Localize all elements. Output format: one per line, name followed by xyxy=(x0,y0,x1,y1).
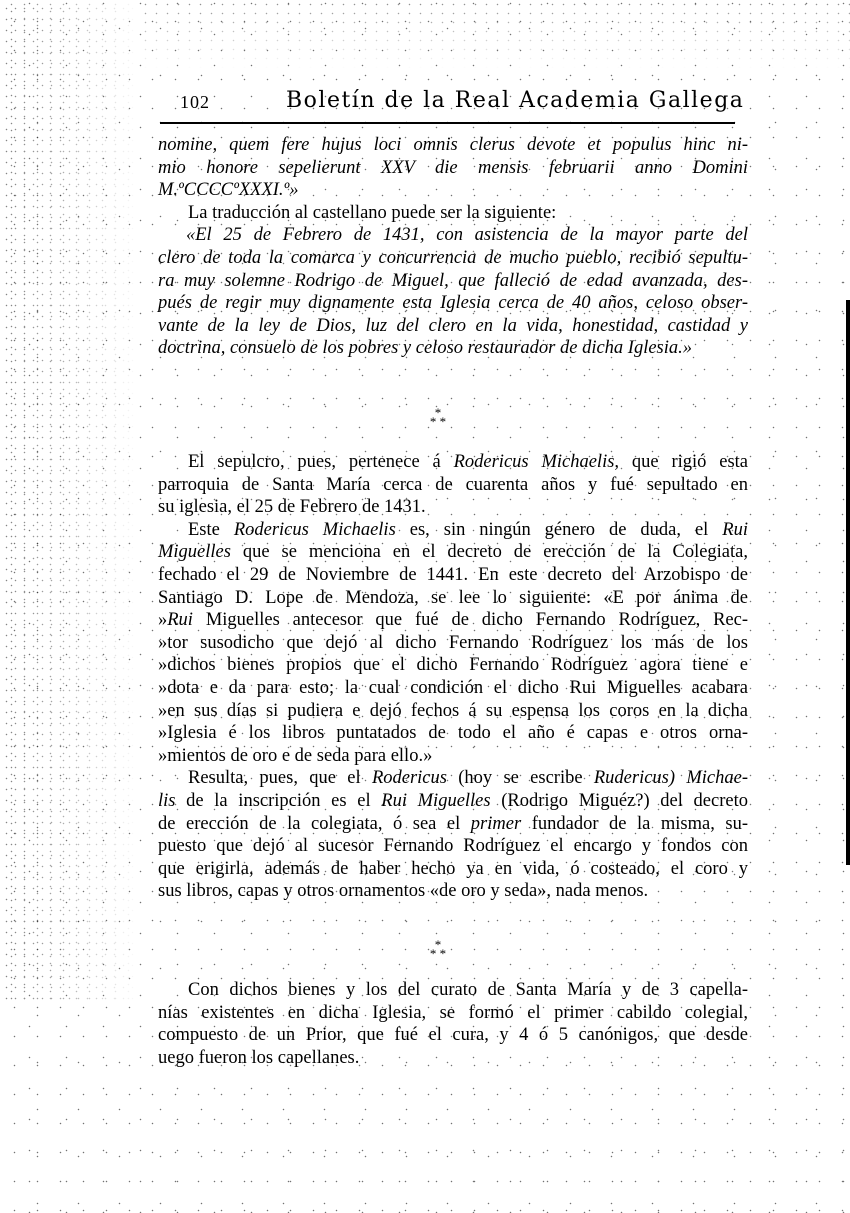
text-run: Resulta, pues, que el xyxy=(188,768,372,788)
text-line: ra muy solemne Rodrigo de Miguel, que fa… xyxy=(158,270,748,293)
asterism-divider: * * * xyxy=(418,940,458,958)
text-run: de erección de la colegiata, ó sea el xyxy=(158,814,471,834)
text-run: »mientos de oro e de seda para ello.» xyxy=(158,746,432,766)
text-line: »tor susodicho que dejó al dicho Fernand… xyxy=(158,632,748,655)
text-line: compuesto de un Prior, que fué el cura, … xyxy=(158,1024,748,1047)
text-line: »mientos de oro e de seda para ello.» xyxy=(158,745,748,768)
text-line: »en sus días si pudiera e dejó fechos á … xyxy=(158,700,748,723)
text-line: M.ºCCCCºXXXI.º» xyxy=(158,179,748,202)
asterism-bottom: * * xyxy=(418,417,458,426)
italic-run: Rui Miguelles xyxy=(381,791,490,811)
text-line: Este Rodericus Michaelis es, sin ningún … xyxy=(158,519,748,542)
asterism-bottom: * * xyxy=(418,949,458,958)
text-run: fechado el 29 de Noviembre de 1441. En e… xyxy=(158,565,748,585)
italic-run: lis xyxy=(158,791,175,811)
latin-quote: nomine, quem fere hujus loci omnis cleru… xyxy=(158,134,748,202)
text-run: » xyxy=(158,610,167,630)
paragraph: Este Rodericus Michaelis es, sin ningún … xyxy=(158,519,748,768)
text-line: puesto que dejó al sucesor Fernando Rodr… xyxy=(158,835,748,858)
page-body: nomine, quem fere hujus loci omnis cleru… xyxy=(158,134,748,360)
italic-run: Rodericus xyxy=(372,768,447,788)
text-run: que erigirla, además de haber hecho ya e… xyxy=(158,859,748,879)
text-line: doctrina, consuelo de los pobres y celos… xyxy=(158,337,748,360)
italic-run: Rudericus) Michae- xyxy=(594,768,748,788)
text-line: vante de la ley de Dios, luz del clero e… xyxy=(158,315,748,338)
text-line: »Iglesia é los libros puntatados de todo… xyxy=(158,722,748,745)
text-run: su iglesia, el 25 de Febrero de 1431. xyxy=(158,497,426,517)
translation-quote: «El 25 de Febrero de 1431, con asistenci… xyxy=(158,224,748,360)
text-run: »dichos bienes propios que el dicho Fern… xyxy=(158,655,748,675)
header-rule xyxy=(160,122,735,124)
text-line: »dota e da para esto; la cual condición … xyxy=(158,677,748,700)
text-run: El sepulcro, pues, pertenece á xyxy=(188,452,454,472)
text-line: nías existentes en dicha Iglesia, se for… xyxy=(158,1002,748,1025)
text-line: Resulta, pues, que el Rodericus (hoy se … xyxy=(158,767,748,790)
text-line: Con dichos bienes y los del curato de Sa… xyxy=(158,979,748,1002)
text-line: que erigirla, además de haber hecho ya e… xyxy=(158,858,748,881)
text-run: (hoy se escribe xyxy=(447,768,594,788)
text-line: uego fueron los capellanes. xyxy=(158,1047,748,1070)
text-line: fechado el 29 de Noviembre de 1441. En e… xyxy=(158,564,748,587)
text-line: clero de toda la comarca y concurrencia … xyxy=(158,247,748,270)
text-run: Este xyxy=(188,520,234,540)
paragraph: Resulta, pues, que el Rodericus (hoy se … xyxy=(158,767,748,903)
text-line: Miguelles que se menciona en el decreto … xyxy=(158,541,748,564)
text-run: es, sin ningún género de duda, el xyxy=(396,520,723,540)
text-line: de erección de la colegiata, ó sea el pr… xyxy=(158,813,748,836)
text-line: pués de regir muy dignamente esta Iglesi… xyxy=(158,292,748,315)
paragraph: El sepulcro, pues, pertenece á Rodericus… xyxy=(158,451,748,519)
text-line: El sepulcro, pues, pertenece á Rodericus… xyxy=(158,451,748,474)
text-line: Santiago D. Lope de Mendoza, se lee lo s… xyxy=(158,587,748,610)
text-run: »tor susodicho que dejó al dicho Fernand… xyxy=(158,633,748,653)
page-number: 102 xyxy=(180,92,210,113)
text-run: parroquia de Santa María cerca de cuaren… xyxy=(158,475,748,495)
text-run: que se menciona en el decreto de erecció… xyxy=(231,542,748,562)
text-run: de la inscripción es el xyxy=(175,791,381,811)
italic-run: Rui xyxy=(722,520,748,540)
scan-noise-left-margin xyxy=(0,0,140,1000)
text-line: parroquia de Santa María cerca de cuaren… xyxy=(158,474,748,497)
text-line: nomine, quem fere hujus loci omnis cleru… xyxy=(158,134,748,157)
text-line: »Rui Miguelles antecesor que fué de dich… xyxy=(158,609,748,632)
text-run: »en sus días si pudiera e dejó fechos á … xyxy=(158,701,748,721)
text-run: puesto que dejó al sucesor Fernando Rodr… xyxy=(158,836,748,856)
text-run: (Rodrigo Miguéz?) del decreto xyxy=(491,791,748,811)
running-header: 102 Boletín de la Real Academia Gallega xyxy=(158,88,765,118)
italic-run: Rui xyxy=(167,610,193,630)
italic-run: primer xyxy=(471,814,521,834)
text-run: »Iglesia é los libros puntatados de todo… xyxy=(158,723,748,743)
text-line: »dichos bienes propios que el dicho Fern… xyxy=(158,654,748,677)
text-line: lis de la inscripción es el Rui Miguelle… xyxy=(158,790,748,813)
text-line: su iglesia, el 25 de Febrero de 1431. xyxy=(158,496,748,519)
text-line: sus libros, capas y otros ornamentos «de… xyxy=(158,880,748,903)
text-run: fundador de la misma, su- xyxy=(521,814,748,834)
scan-noise-top-margin xyxy=(140,0,850,70)
text-line: mio honore sepelierunt XXV die mensis fe… xyxy=(158,157,748,180)
running-title: Boletín de la Real Academia Gallega xyxy=(286,88,744,113)
section-2-body: El sepulcro, pues, pertenece á Rodericus… xyxy=(158,451,748,903)
text-run: »dota e da para esto; la cual condición … xyxy=(158,678,748,698)
italic-run: Rodericus Michaelis xyxy=(234,520,396,540)
page-edge-shadow xyxy=(846,300,850,865)
text-run: Santiago D. Lope de Mendoza, se lee lo s… xyxy=(158,588,748,608)
section-3-body: Con dichos bienes y los del curato de Sa… xyxy=(158,979,748,1069)
asterism-divider: * * * xyxy=(418,408,458,426)
text-line: «El 25 de Febrero de 1431, con asistenci… xyxy=(158,224,748,247)
text-run: que rigió esta xyxy=(619,452,748,472)
text-run: sus libros, capas y otros ornamentos «de… xyxy=(158,881,648,901)
book-page: 102 Boletín de la Real Academia Gallega … xyxy=(158,88,765,118)
italic-run: Rodericus Michaelis, xyxy=(454,452,619,472)
text-run: Miguelles antecesor que fué de dicho Fer… xyxy=(193,610,748,630)
italic-run: Miguelles xyxy=(158,542,231,562)
translation-intro: La traducción al castellano puede ser la… xyxy=(158,202,748,225)
